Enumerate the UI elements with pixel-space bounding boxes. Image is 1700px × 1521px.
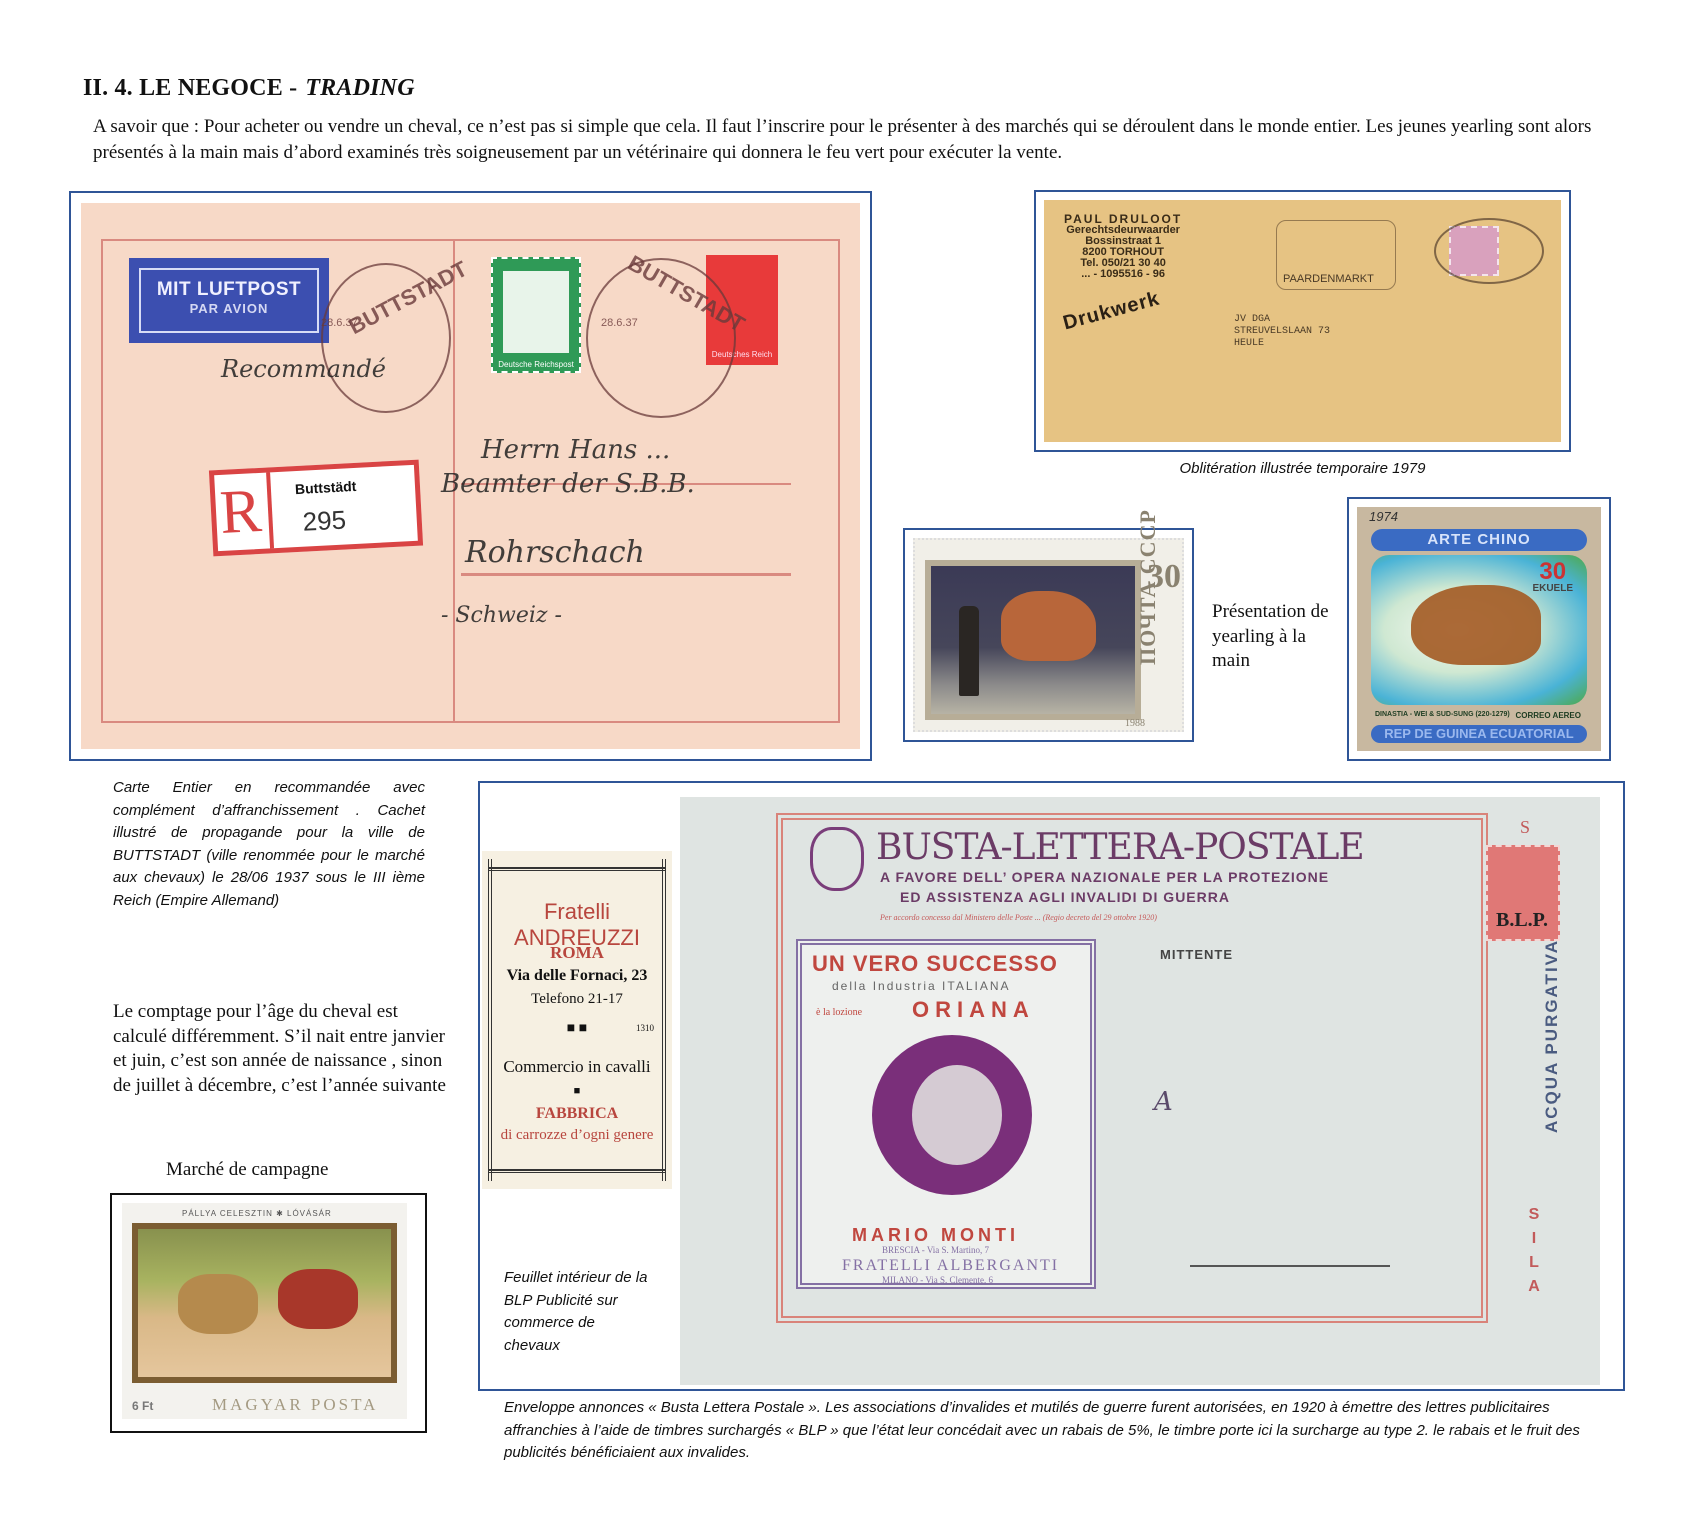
hungary-stamp-image: PÁLLYA CELESZTIN ✱ LÓVÁSÁR 6 Ft MAGYAR P… bbox=[110, 1193, 427, 1433]
sender-block: PAUL DRULOOT Gerechtsdeurwaarder Bossins… bbox=[1064, 214, 1182, 280]
guinea-stamp-image: 1974 ARTE CHINO 30EKUELE DINASTIA - WEI … bbox=[1347, 497, 1611, 761]
oriana-advert: UN VERO SUCCESSO della Industria ITALIAN… bbox=[796, 939, 1096, 1289]
recipient-address: JV DGA STREUVELSLAAN 73 HEULE bbox=[1234, 314, 1330, 350]
crest-icon bbox=[810, 827, 864, 891]
registration-label: R Buttstädt 295 bbox=[209, 460, 423, 557]
sila-brand: S I L A bbox=[1524, 1203, 1544, 1299]
andreuzzi-advert: Fratelli ANDREUZZI ROMA Via delle Fornac… bbox=[482, 851, 672, 1189]
green-stamp: Deutsche Reichspost bbox=[491, 257, 581, 373]
page-title: II. 4. LE NEGOCE -TRADING bbox=[83, 75, 415, 102]
yearling-caption: Présentation de yearling à la main bbox=[1212, 600, 1332, 674]
hungary-caption: Marché de campagne bbox=[166, 1158, 328, 1183]
envelope-caption: Oblitération illustrée temporaire 1979 bbox=[1034, 458, 1571, 481]
blp-caption: Enveloppe annonces « Busta Lettera Posta… bbox=[504, 1397, 1624, 1465]
blp-overprint-stamp: B.L.P. bbox=[1486, 845, 1560, 941]
leaf-caption: Feuillet intérieur de la BLP Publicité s… bbox=[504, 1267, 654, 1357]
age-note: Le comptage pour l’âge du cheval est cal… bbox=[113, 1000, 448, 1098]
ussr-stamp-image: 30 ПОЧТА СССР 1988 bbox=[903, 528, 1194, 742]
section-heading: II. 4. LE NEGOCE - bbox=[83, 75, 297, 101]
buttstadt-caption: Carte Entier en recommandée avec complém… bbox=[113, 777, 425, 912]
belgian-envelope-image: PAUL DRULOOT Gerechtsdeurwaarder Bossins… bbox=[1034, 190, 1571, 452]
airmail-label: MIT LUFTPOST PAR AVION bbox=[129, 258, 329, 343]
section-heading-en: TRADING bbox=[305, 75, 414, 101]
intro-paragraph: A savoir que : Pour acheter ou vendre un… bbox=[93, 114, 1653, 166]
blp-letter-image: Fratelli ANDREUZZI ROMA Via delle Fornac… bbox=[478, 781, 1625, 1391]
blp-envelope: BUSTA-LETTERA-POSTALE A FAVORE DELL’ OPE… bbox=[680, 797, 1600, 1385]
horse-head-cancel: PAARDENMARKT bbox=[1276, 220, 1396, 290]
buttstadt-card-image: MIT LUFTPOST PAR AVION Deutsche Reichspo… bbox=[69, 191, 872, 761]
